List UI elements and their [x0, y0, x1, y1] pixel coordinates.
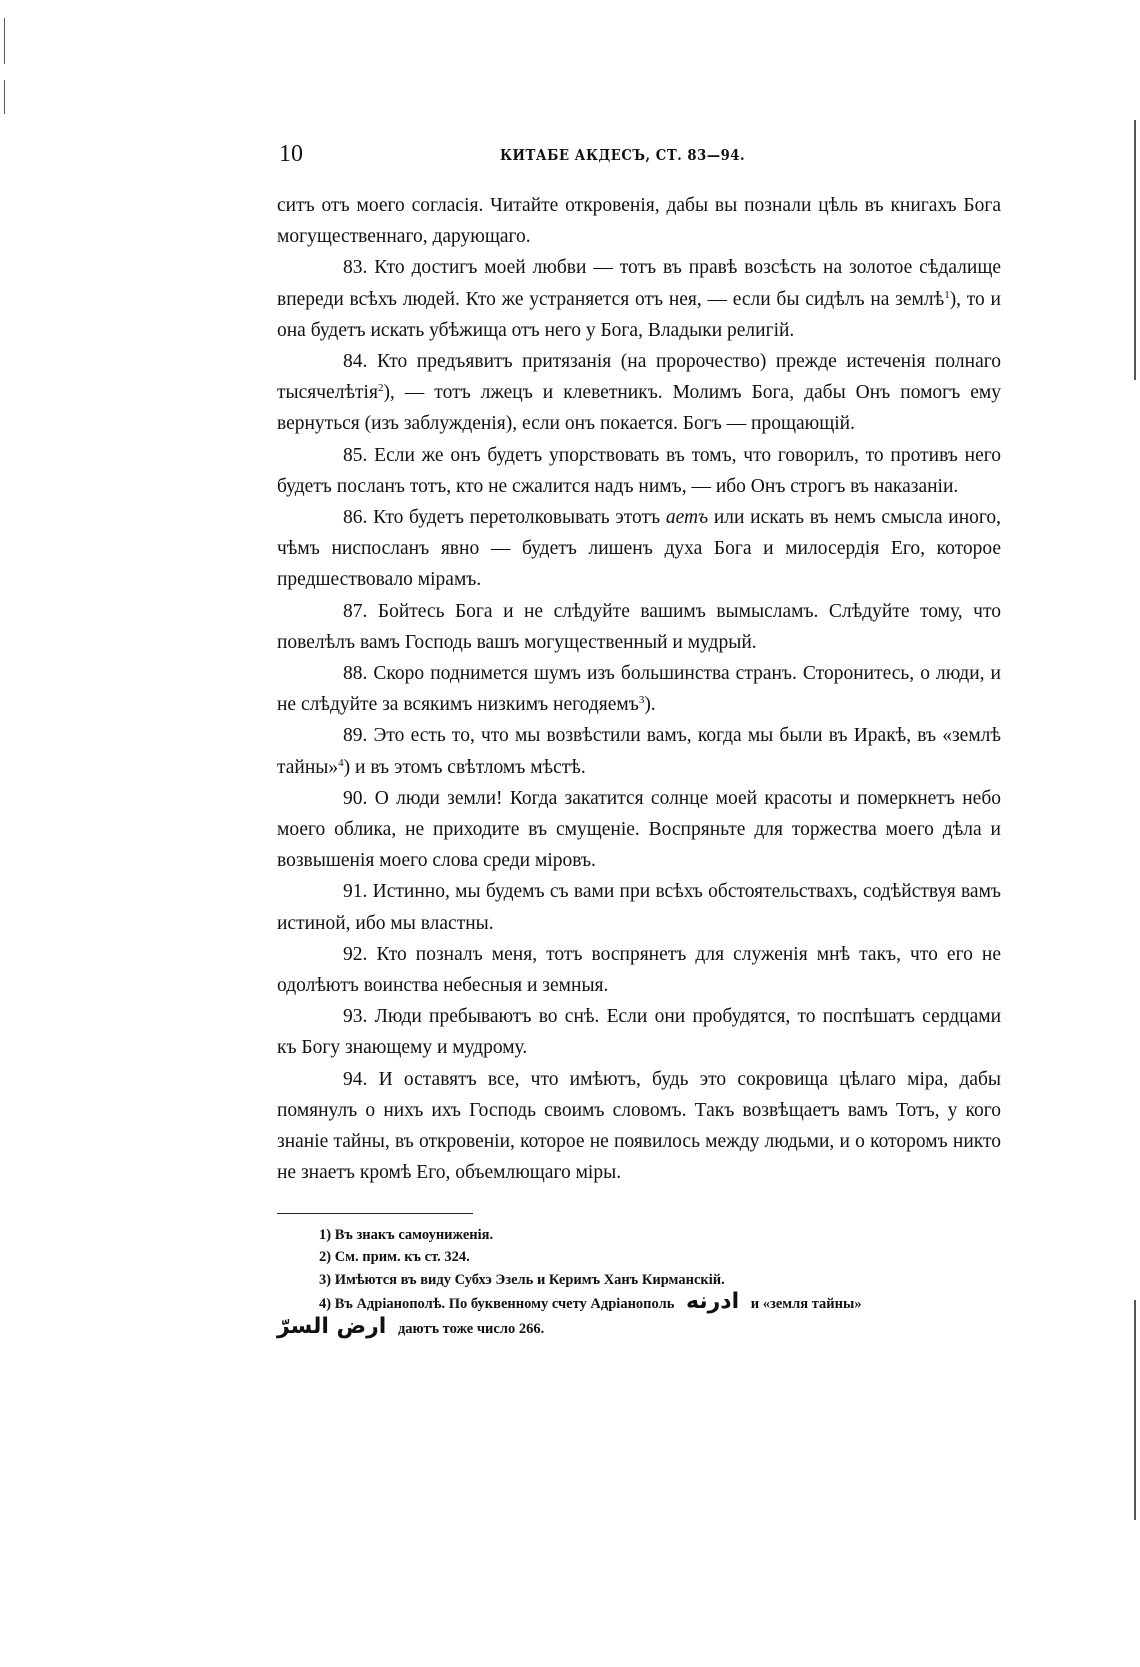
- scan-edge-mark: [1134, 120, 1136, 380]
- footnote-4-middle: и «земля тайны»: [751, 1296, 862, 1312]
- verse-90: 90. О люди земли! Когда закатится солнце…: [277, 783, 1001, 877]
- verse-85: 85. Если же онъ будетъ упорствовать въ т…: [277, 440, 1001, 502]
- scan-edge-mark: [1134, 1300, 1136, 1520]
- body-text: ситъ отъ моего согласія. Читайте открове…: [277, 190, 1001, 1189]
- verse-number: 83.: [343, 257, 367, 278]
- verse-87: 87. Бойтесь Бога и не слѣдуйте вашимъ вы…: [277, 596, 1001, 658]
- verse-text: Кто достигъ моей любви — тотъ въ правѣ в…: [277, 257, 1001, 309]
- arabic-land-of-mystery: ارض السرّ: [277, 1314, 386, 1339]
- verse-text: Люди пребываютъ во снѣ. Если они пробудя…: [277, 1006, 1001, 1058]
- verse-number: 94.: [343, 1069, 367, 1090]
- scan-edge-mark: [4, 18, 5, 64]
- verse-92: 92. Кто позналъ меня, тотъ воспрянетъ дл…: [277, 939, 1001, 1001]
- footnote-1: 1) Въ знакъ самоуниженія.: [277, 1224, 1001, 1247]
- verse-text: Кто позналъ меня, тотъ воспрянетъ для сл…: [277, 944, 1001, 996]
- verse-text: Кто будетъ перетолковывать этотъ: [373, 507, 660, 528]
- footnote-3: 3) Имѣются въ виду Субхэ Эзель и Керимъ …: [277, 1269, 1001, 1292]
- verse-89: 89. Это есть то, что мы возвѣстили вамъ,…: [277, 720, 1001, 782]
- verse-text: О люди земли! Когда закатится солнце мое…: [277, 788, 1001, 871]
- verse-text: И оставятъ все, что имѣютъ, будь это сок…: [277, 1069, 1001, 1184]
- running-head: 10 КИТАБЕ АКДЕСЪ, СТ. 83—94.: [277, 140, 1001, 174]
- verse-text: Если же онъ будетъ упорствовать въ томъ,…: [277, 445, 1001, 497]
- verse-number: 88.: [343, 663, 367, 684]
- verse-84: 84. Кто предъявитъ притязанія (на пророч…: [277, 346, 1001, 440]
- verse-text: ), — тотъ лжецъ и клеветникъ. Молимъ Бог…: [277, 382, 1001, 434]
- verse-93: 93. Люди пребываютъ во снѣ. Если они про…: [277, 1001, 1001, 1063]
- footnotes: 1) Въ знакъ самоуниженія. 2) См. прим. к…: [277, 1224, 1001, 1341]
- footnote-4: 4) Въ Адріанополѣ. По буквенному счету А…: [277, 1291, 1001, 1316]
- verse-text: Скоро поднимется шумъ изъ большинства ст…: [277, 663, 1001, 715]
- verse-number: 91.: [343, 881, 367, 902]
- footnote-divider: [277, 1213, 473, 1214]
- verse-text: Истинно, мы будемъ съ вами при всѣхъ обс…: [277, 881, 1001, 933]
- verse-number: 93.: [343, 1006, 367, 1027]
- verse-text: Бойтесь Бога и не слѣдуйте вашимъ вымысл…: [277, 601, 1001, 653]
- verse-number: 85.: [343, 445, 367, 466]
- page-number: 10: [279, 140, 303, 168]
- book-page: 10 КИТАБЕ АКДЕСЪ, СТ. 83—94. ситъ отъ мо…: [277, 140, 1001, 1340]
- verse-91: 91. Истинно, мы будемъ съ вами при всѣхъ…: [277, 876, 1001, 938]
- footnote-4-continuation: ارض السرّ даютъ тоже число 266.: [277, 1316, 1001, 1341]
- emphasized-term: аетъ: [666, 507, 708, 528]
- continuation-paragraph: ситъ отъ моего согласія. Читайте открове…: [277, 190, 1001, 252]
- verse-number: 87.: [343, 601, 367, 622]
- verse-83: 83. Кто достигъ моей любви — тотъ въ пра…: [277, 252, 1001, 346]
- verse-number: 84.: [343, 351, 367, 372]
- footnote-2: 2) См. прим. къ ст. 324.: [277, 1246, 1001, 1269]
- arabic-adrianople: ادرنه: [686, 1289, 739, 1314]
- verse-number: 92.: [343, 944, 367, 965]
- verse-text: ) и въ этомъ свѣтломъ мѣстѣ.: [344, 757, 586, 778]
- verse-86: 86. Кто будетъ перетолковывать этотъ ает…: [277, 502, 1001, 596]
- verse-text: ).: [644, 694, 655, 715]
- scan-edge-mark: [4, 80, 5, 114]
- verse-94: 94. И оставятъ все, что имѣютъ, будь это…: [277, 1064, 1001, 1189]
- footnote-4-tail: даютъ тоже число 266.: [398, 1321, 544, 1337]
- footnote-4-lead: 4) Въ Адріанополѣ. По буквенному счету А…: [319, 1296, 674, 1312]
- verse-number: 90.: [343, 788, 367, 809]
- verse-number: 89.: [343, 725, 367, 746]
- verse-number: 86.: [343, 507, 367, 528]
- verse-88: 88. Скоро поднимется шумъ изъ большинств…: [277, 658, 1001, 720]
- running-title: КИТАБЕ АКДЕСЪ, СТ. 83—94.: [500, 146, 745, 164]
